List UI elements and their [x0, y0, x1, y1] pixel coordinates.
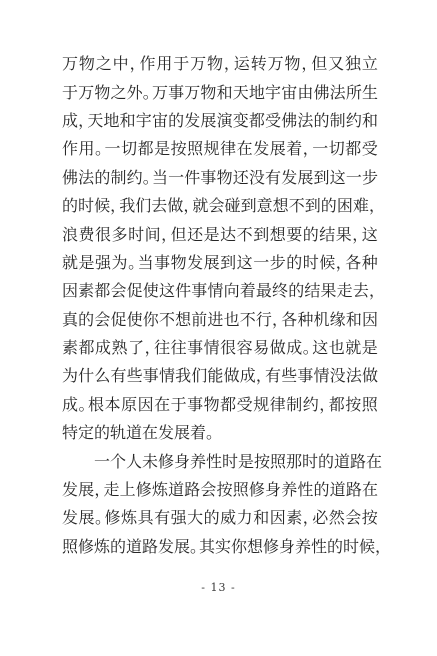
- text-line: 真的会促使你不想前进也不行，各种机缘和因: [62, 306, 378, 334]
- text-line: 素都成熟了，往往事情很容易做成。这也就是: [62, 334, 378, 362]
- text-line: 浪费很多时间，但还是达不到想要的结果，这: [62, 220, 378, 248]
- document-page: 万物之中，作用于万物，运转万物，但又独立于万物之外。万事万物和天地宇宙由佛法所生…: [0, 0, 437, 656]
- text-line: 一个人未修身养性时是按照那时的道路在: [62, 447, 378, 475]
- text-line: 佛法的制约。当一件事物还没有发展到这一步: [62, 164, 378, 192]
- text-line: 因素都会促使这件事情向着最终的结果走去，: [62, 277, 378, 305]
- text-line: 作用。一切都是按照规律在发展着，一切都受: [62, 135, 378, 163]
- text-line: 万物之中，作用于万物，运转万物，但又独立: [62, 50, 378, 78]
- text-line: 特定的轨道在发展着。: [62, 419, 378, 447]
- text-line: 为什么有些事情我们能做成，有些事情没法做: [62, 362, 378, 390]
- text-line: 成，天地和宇宙的发展演变都受佛法的制约和: [62, 107, 378, 135]
- text-line: 成。根本原因在于事物都受规律制约，都按照: [62, 391, 378, 419]
- text-line: 照修炼的道路发展。其实你想修身养性的时候，: [62, 533, 378, 561]
- text-line: 于万物之外。万事万物和天地宇宙由佛法所生: [62, 78, 378, 106]
- page-number: - 13 -: [0, 581, 437, 594]
- text-line: 发展。修炼具有强大的威力和因素，必然会按: [62, 504, 378, 532]
- text-block: 万物之中，作用于万物，运转万物，但又独立于万物之外。万事万物和天地宇宙由佛法所生…: [62, 50, 378, 561]
- text-line: 就是强为。当事物发展到这一步的时候，各种: [62, 249, 378, 277]
- text-line: 的时候，我们去做，就会碰到意想不到的困难，: [62, 192, 378, 220]
- text-line: 发展，走上修炼道路会按照修身养性的道路在: [62, 476, 378, 504]
